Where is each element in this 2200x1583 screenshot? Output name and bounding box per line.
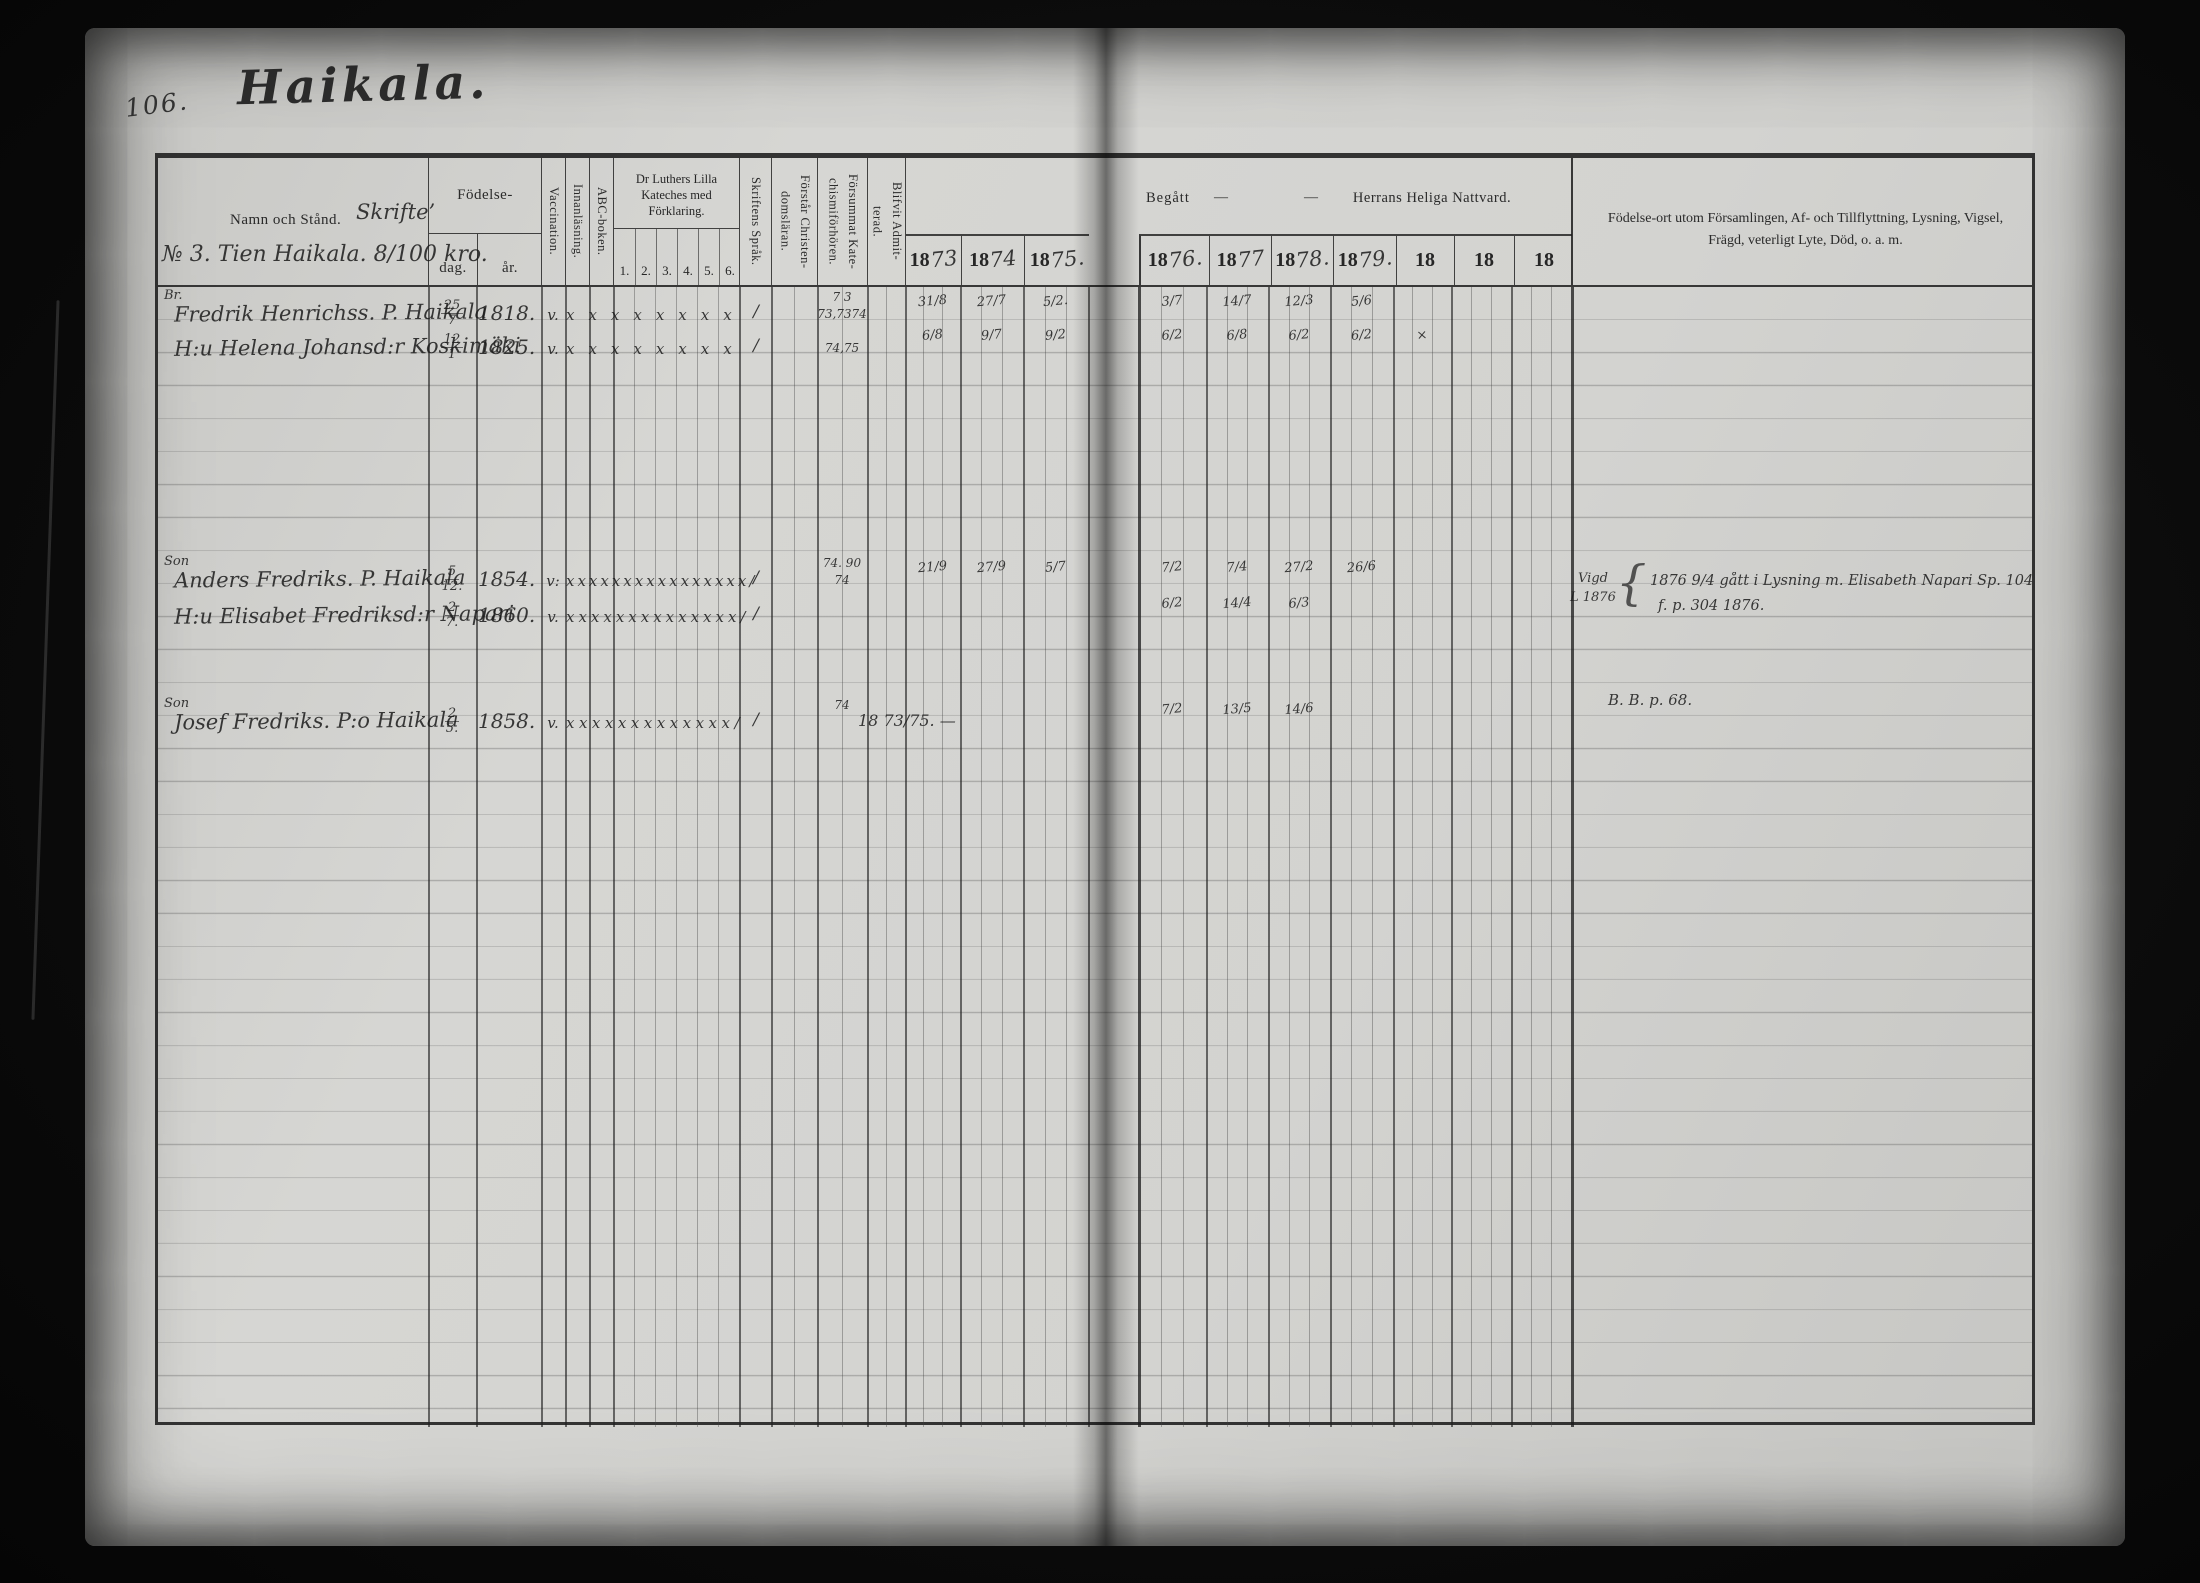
person-name: Anders Fredriks. P. Haikala <box>174 565 466 592</box>
year-header-1879: 1879. <box>1333 236 1396 285</box>
column-line <box>739 287 741 1427</box>
birth-day-value: 257 <box>429 299 475 327</box>
year-header-1876: 1876. <box>1141 236 1209 285</box>
subcolumn-line <box>697 287 698 1427</box>
birth-day-label: dag. <box>429 234 477 285</box>
year-header-1877: 1877 <box>1209 236 1271 285</box>
vaccination-mark: v. <box>542 340 564 358</box>
catechism-label: Dr Luthers Lilla Kateches med Förklaring… <box>614 158 739 228</box>
year-printed: 18 <box>1534 249 1554 272</box>
subcolumn-line <box>1002 287 1003 1427</box>
year-written: 79. <box>1357 245 1393 272</box>
birth-day-denominator: 5. <box>446 722 458 736</box>
communion-date: 14/6 <box>1267 699 1330 719</box>
subcolumn-line <box>1351 287 1352 1427</box>
birth-year-value: 1860. <box>478 603 540 627</box>
subcolumn-line <box>942 287 943 1427</box>
catechism-marks: xxxxxxxxxxxxxx/ <box>566 608 750 626</box>
admitted-note: 18 73/75. — <box>858 711 1008 730</box>
birth-year-value: 1854. <box>478 567 540 591</box>
subcolumn-line <box>634 287 635 1427</box>
communion-dash-right: — <box>1304 190 1318 206</box>
communion-date: 14/7 <box>1205 291 1268 311</box>
table-row: Br. Fredrik Henrichss. P. Haikala 257 18… <box>158 301 2032 331</box>
birth-day-numerator: 12 <box>441 333 464 348</box>
catechism-subcolumns: 1. 2. 3. 4. 5. 6. <box>614 228 739 285</box>
missed-exam-note: 74,75 <box>817 341 867 355</box>
column-line <box>905 287 907 1427</box>
relation-label: Son <box>164 696 189 711</box>
subcolumn-line <box>1045 287 1046 1427</box>
year-printed: 18 <box>1148 249 1168 272</box>
catechism-col-4: 4. <box>677 229 698 285</box>
subcolumn-line <box>1471 287 1472 1427</box>
header-communion-years: Begått — — Herrans Heliga Nattvard. 1873… <box>905 158 1571 285</box>
birth-year-value: 1858. <box>478 709 540 733</box>
column-line <box>541 287 543 1427</box>
column-line <box>1268 287 1270 1427</box>
column-line <box>1511 287 1513 1427</box>
table-row: Son Josef Fredriks. P:o Haikala 25. 1858… <box>158 709 2032 739</box>
communion-label-left: Begått <box>1146 190 1190 207</box>
birth-day-denominator: 7 <box>448 314 456 328</box>
subcolumn-line <box>1432 287 1433 1427</box>
column-line <box>960 287 962 1427</box>
relation-label: Br. <box>164 288 182 303</box>
communion-date: 27/9 <box>959 557 1023 577</box>
communion-date: 7/2 <box>1137 699 1206 720</box>
birth-day-numerator: 5 <box>445 565 459 580</box>
remarks-column-line <box>1571 287 1574 1427</box>
subcolumn-line <box>1531 287 1532 1427</box>
birth-year-value: 1825. <box>478 335 540 359</box>
column-line <box>565 287 567 1427</box>
column-line <box>1330 287 1332 1427</box>
birth-day-numerator: 2 <box>445 601 459 616</box>
script-mark: / <box>742 568 770 588</box>
header-abc-book: ABC-boken. <box>589 158 613 285</box>
year-header-blank-3: 18 <box>1514 236 1574 285</box>
marriage-note-label: Vigd <box>1578 571 1608 586</box>
vaccination-mark: v. <box>542 714 564 732</box>
communion-date: 13/5 <box>1205 699 1268 719</box>
subcolumn-line <box>1491 287 1492 1427</box>
catechism-marks: xxxxxxxx <box>566 306 746 324</box>
missed-exam-note: 7 3 <box>817 290 867 304</box>
year-header-blank-1: 18 <box>1396 236 1454 285</box>
birth-subheader: dag. år. <box>429 233 541 285</box>
communion-date: 7/2 <box>1137 557 1206 578</box>
subcolumn-line <box>1372 287 1373 1427</box>
person-name: Josef Fredriks. P:o Haikala <box>174 708 459 735</box>
subcolumn-line <box>1551 287 1552 1427</box>
name-column-handwritten-suffix: Skrifte’ <box>356 200 435 224</box>
birth-day-numerator: 2 <box>445 707 459 722</box>
communion-date: 21/9 <box>904 558 960 578</box>
script-mark: / <box>742 302 770 322</box>
birth-day-value: 27. <box>429 601 475 629</box>
subcolumn-line <box>1161 287 1162 1427</box>
column-line <box>1206 287 1208 1427</box>
year-printed: 18 <box>1275 249 1295 272</box>
communion-label-right: Herrans Heliga Nattvard. <box>1342 190 1522 207</box>
year-written: 75. <box>1049 245 1085 272</box>
communion-date: 27/7 <box>959 291 1023 311</box>
communion-date: 27/2 <box>1267 557 1330 577</box>
year-printed: 18 <box>1338 249 1358 272</box>
subcolumn-line <box>794 287 795 1427</box>
year-written: 74 <box>989 245 1018 272</box>
birth-day-value: 121 <box>429 333 475 361</box>
subcolumn-line <box>981 287 982 1427</box>
missed-exam-note: 74 <box>817 573 867 587</box>
column-line <box>817 287 819 1427</box>
subcolumn-line <box>655 287 656 1427</box>
year-printed: 18 <box>1217 249 1237 272</box>
column-line <box>867 287 869 1427</box>
script-mark: / <box>742 336 770 356</box>
parish-record-table: Namn och Stånd. Skrifte’ № 3. Tien Haika… <box>155 153 2035 1425</box>
subcolumn-line <box>1289 287 1290 1427</box>
page-reference-note: B. B. p. 68. <box>1608 691 1692 709</box>
header-reading: Innanläsning. <box>565 158 589 285</box>
catechism-marks: xxxxxxxxxxxxxxxx/ <box>566 572 757 590</box>
communion-date: 3/7 <box>1137 291 1206 312</box>
relation-label: Son <box>164 554 189 569</box>
subcolumn-line <box>718 287 719 1427</box>
subcolumn-line <box>1227 287 1228 1427</box>
year-printed: 18 <box>1030 249 1050 272</box>
table-row: H:u Helena Johansd:r Koskimäki 121 1825.… <box>158 335 2032 365</box>
column-line <box>1023 287 1025 1427</box>
subcolumn-line <box>676 287 677 1427</box>
subcolumn-line <box>842 287 843 1427</box>
catechism-col-1: 1. <box>614 229 635 285</box>
communion-date: 5/7 <box>1022 557 1088 578</box>
scan-scratch <box>31 300 59 1020</box>
missed-exam-note: 74. 90 <box>817 556 867 570</box>
header-name-column: Namn och Stånd. Skrifte’ № 3. Tien Haika… <box>158 158 428 285</box>
communion-date: 31/8 <box>904 292 960 312</box>
marriage-note-label: L 1876 <box>1570 590 1616 605</box>
subcolumn-line <box>1309 287 1310 1427</box>
year-written: 78. <box>1295 245 1331 272</box>
vaccination-mark: v. <box>542 306 564 324</box>
year-strip-right-page: 1876. 1877 1878. 1879. 18 18 18 <box>1139 234 1572 285</box>
missed-exam-note: 73,7374 <box>817 307 867 321</box>
page-title: Haikala. <box>236 55 490 117</box>
annotation-brace: { <box>1616 555 1647 611</box>
header-birth-column: Födelse- dag. år. <box>428 158 541 285</box>
subcolumn-line <box>1247 287 1248 1427</box>
remarks-column-label: Födelse-ort utom Församlingen, Af- och T… <box>1587 208 2024 253</box>
year-header-1878: 1878. <box>1271 236 1333 285</box>
column-line <box>613 287 615 1427</box>
year-written: 77 <box>1236 245 1265 272</box>
subcolumn-line <box>1412 287 1413 1427</box>
column-line <box>476 287 478 1427</box>
marriage-note-line-2: f. p. 304 1876. <box>1658 598 1764 614</box>
communion-date: 12/3 <box>1267 291 1330 311</box>
header-admitted: Blifvit Admit- terad. <box>867 158 905 285</box>
name-column-label: Namn och Stånd. <box>230 212 341 229</box>
script-mark: / <box>742 710 770 730</box>
column-line <box>1393 287 1395 1427</box>
subcolumn-line <box>1183 287 1184 1427</box>
year-header-blank-2: 18 <box>1454 236 1514 285</box>
birth-year-label: år. <box>477 234 542 285</box>
birth-day-denominator: 12. <box>442 580 463 594</box>
year-written: 76. <box>1167 245 1203 272</box>
catechism-marks: xxxxxxxxxxxxx/ <box>566 714 744 732</box>
header-understands-doctrine: Förstår Christen- domsläran. <box>771 158 817 285</box>
communion-date: 7/4 <box>1205 557 1268 577</box>
year-printed: 18 <box>910 249 930 272</box>
birth-label: Födelse- <box>429 158 541 233</box>
catechism-marks: xxxxxxxx <box>566 340 746 358</box>
catechism-col-6: 6. <box>719 229 740 285</box>
birth-day-value: 512. <box>429 565 475 593</box>
catechism-col-5: 5. <box>698 229 719 285</box>
header-remarks-column: Födelse-ort utom Församlingen, Af- och T… <box>1571 158 2038 285</box>
header-missed-examinations: Försummat Kate- chismiförhören. <box>817 158 867 285</box>
year-strip-left-page: 1873 1874 1875. <box>906 234 1089 285</box>
missed-exam-note: 74 <box>817 698 867 712</box>
table-body: Br. Fredrik Henrichss. P. Haikala 257 18… <box>158 285 2032 1427</box>
page-number: 106. <box>123 86 190 123</box>
catechism-col-2: 2. <box>635 229 656 285</box>
column-line <box>1451 287 1453 1427</box>
left-page-edge-line <box>1088 287 1090 1427</box>
communion-date: 26/6 <box>1329 557 1393 577</box>
vaccination-mark: v. <box>542 608 564 626</box>
year-header-1873: 1873 <box>906 236 961 285</box>
book-page-spread: 106. Haikala. Namn och Stånd. Skrifte’ №… <box>85 28 2125 1546</box>
year-printed: 18 <box>1474 249 1494 272</box>
column-line <box>771 287 773 1427</box>
birth-day-denominator: 7. <box>446 616 458 630</box>
header-script-language: Skriftens Språk. <box>739 158 771 285</box>
year-printed: 18 <box>969 249 989 272</box>
birth-day-value: 25. <box>429 707 475 735</box>
communion-date: 5/2. <box>1022 291 1088 312</box>
column-line <box>428 287 430 1427</box>
subcolumn-line <box>923 287 924 1427</box>
subcolumn-line <box>1066 287 1067 1427</box>
communion-date: 5/6 <box>1329 291 1393 311</box>
subcolumn-line <box>886 287 887 1427</box>
year-printed: 18 <box>1415 249 1435 272</box>
script-mark: / <box>742 604 770 624</box>
header-catechism: Dr Luthers Lilla Kateches med Förklaring… <box>613 158 739 285</box>
marriage-note-line-1: 1876 9/4 gått i Lysning m. Elisabeth Nap… <box>1650 573 2033 589</box>
communion-dash-left: — <box>1214 190 1228 206</box>
year-header-1875: 1875. <box>1024 236 1089 285</box>
birth-year-value: 1818. <box>478 301 540 325</box>
catechism-col-3: 3. <box>656 229 677 285</box>
right-page-edge-line <box>1138 287 1141 1427</box>
birth-day-denominator: 1 <box>448 348 456 362</box>
header-vaccination: Vaccination. <box>541 158 565 285</box>
vaccination-mark: v: <box>542 572 564 590</box>
birth-day-numerator: 25 <box>441 299 464 314</box>
column-line <box>589 287 591 1427</box>
year-header-1874: 1874 <box>961 236 1024 285</box>
year-written: 73 <box>929 245 958 272</box>
scanned-book-photo: 106. Haikala. Namn och Stånd. Skrifte’ №… <box>0 0 2200 1583</box>
